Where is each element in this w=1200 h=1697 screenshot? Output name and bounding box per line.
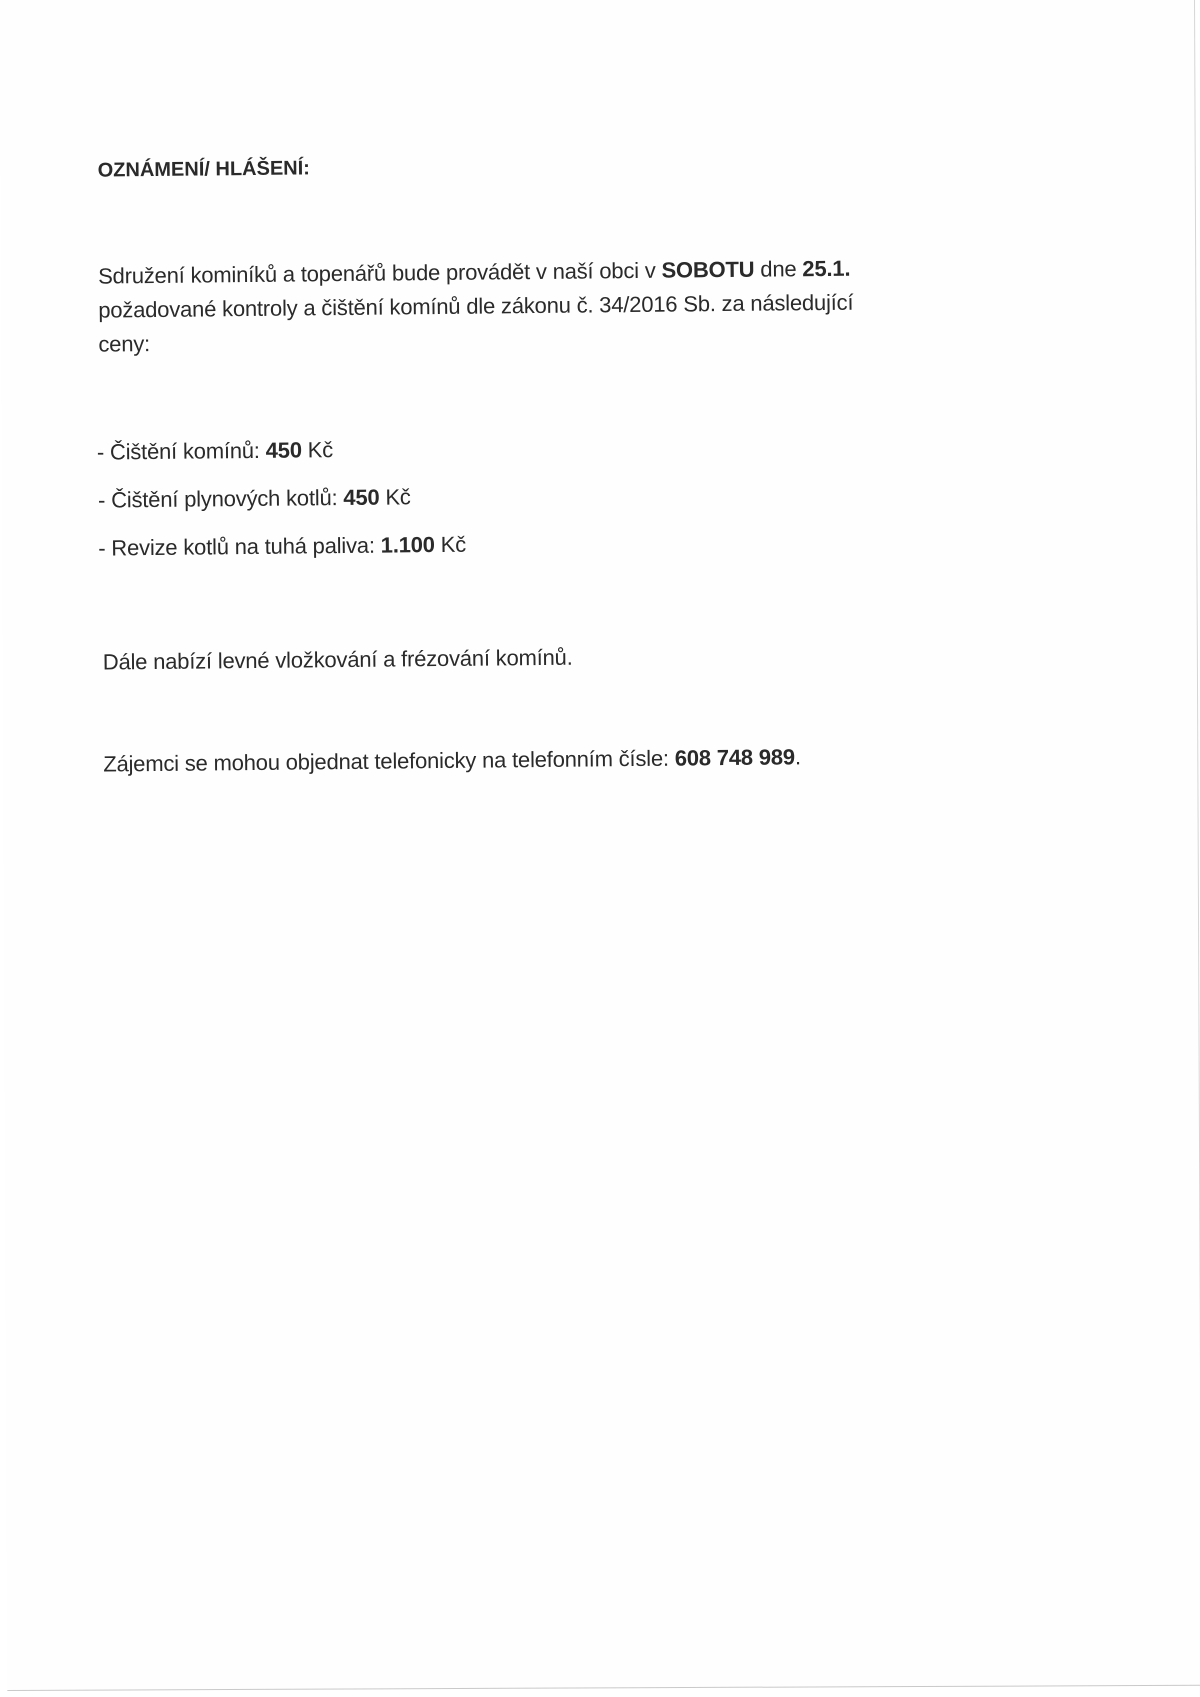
price-amount: 1.100: [381, 532, 435, 558]
phone-number: 608 748 989: [675, 744, 795, 770]
offer-text: Dále nabízí levné vložkování a frézování…: [103, 645, 573, 676]
price-label: - Čištění komínů:: [97, 438, 266, 465]
price-label: - Čištění plynových kotlů:: [98, 485, 344, 513]
intro-mid: dne: [754, 256, 802, 282]
price-amount: 450: [266, 437, 302, 462]
scanned-page: OZNÁMENÍ/ HLÁŠENÍ: Sdružení kominíků a t…: [0, 0, 1200, 1691]
contact-suffix: .: [795, 744, 801, 769]
page-title: OZNÁMENÍ/ HLÁŠENÍ:: [98, 157, 310, 182]
price-item: - Čištění plynových kotlů: 450 Kč: [98, 484, 411, 513]
price-label: - Revize kotlů na tuhá paliva:: [98, 533, 381, 561]
price-amount: 450: [343, 485, 379, 510]
price-currency: Kč: [302, 437, 333, 462]
intro-line-3: ceny:: [98, 331, 150, 358]
price-currency: Kč: [379, 484, 410, 509]
price-item: - Čištění komínů: 450 Kč: [97, 437, 333, 465]
price-currency: Kč: [435, 532, 466, 557]
price-item: - Revize kotlů na tuhá paliva: 1.100 Kč: [98, 532, 466, 562]
intro-date: 25.1.: [802, 256, 850, 282]
intro-day: SOBOTU: [661, 257, 754, 283]
contact-text: Zájemci se mohou objednat telefonicky na…: [103, 746, 675, 777]
intro-text: Sdružení kominíků a topenářů bude provád…: [98, 258, 662, 289]
intro-line-2: požadované kontroly a čištění komínů dle…: [98, 290, 853, 324]
contact-line: Zájemci se mohou objednat telefonicky na…: [103, 744, 801, 777]
intro-line-1: Sdružení kominíků a topenářů bude provád…: [98, 256, 850, 290]
